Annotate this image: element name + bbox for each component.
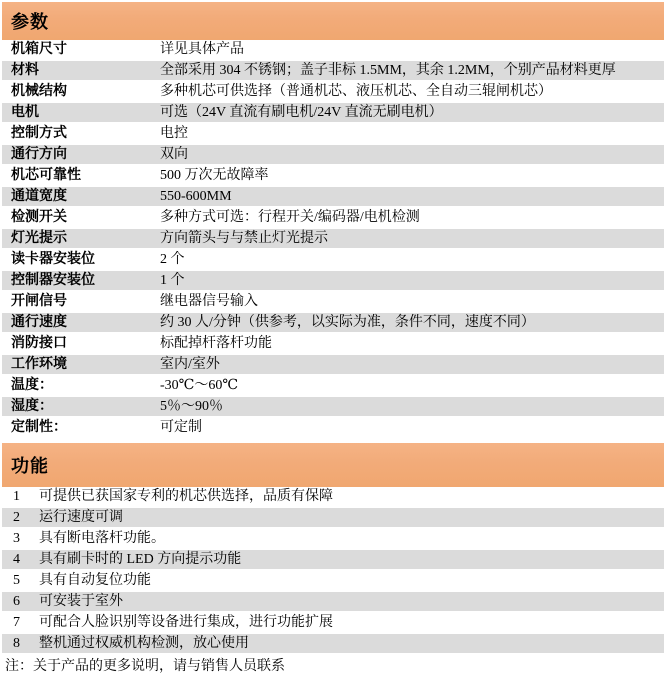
spec-value: 详见具体产品 xyxy=(160,40,664,59)
feature-text: 可配合人脸识别等设备进行集成，进行功能扩展 xyxy=(39,613,664,632)
spec-value: 5％～90％ xyxy=(160,397,664,416)
feature-text: 可提供已获国家专利的机芯供选择，品质有保障 xyxy=(39,487,664,506)
feature-text: 可安装于室外 xyxy=(39,592,664,611)
table-row: 消防接口标配掉杆落杆功能 xyxy=(2,334,664,355)
table-row: 定制性：可定制 xyxy=(2,418,664,439)
spec-value: 可选（24V 直流有刷电机/24V 直流无刷电机） xyxy=(160,103,664,122)
feature-number: 7 xyxy=(2,613,39,632)
table-row: 机箱尺寸详见具体产品 xyxy=(2,40,664,61)
feature-number: 2 xyxy=(2,508,39,527)
spec-value: 继电器信号输入 xyxy=(160,292,664,311)
table-row: 通行速度约 30 人/分钟（供参考，以实际为准，条件不同，速度不同） xyxy=(2,313,664,334)
table-row: 机芯可靠性500 万次无故障率 xyxy=(2,166,664,187)
table-row: 通行方向双向 xyxy=(2,145,664,166)
spec-value: 2 个 xyxy=(160,250,664,269)
spec-label: 定制性： xyxy=(2,418,160,437)
table-row: 读卡器安装位2 个 xyxy=(2,250,664,271)
spec-value: 多种机芯可供选择（普通机芯、液压机芯、全自动三辊闸机芯） xyxy=(160,82,664,101)
table-row: 电机可选（24V 直流有刷电机/24V 直流无刷电机） xyxy=(2,103,664,124)
table-row: 工作环境室内/室外 xyxy=(2,355,664,376)
spec-value: -30℃～60℃ xyxy=(160,376,664,395)
spec-label: 工作环境 xyxy=(2,355,160,374)
table-row: 控制方式电控 xyxy=(2,124,664,145)
spec-value: 多种方式可选：行程开关/编码器/电机检测 xyxy=(160,208,664,227)
spec-value: 550-600MM xyxy=(160,187,664,206)
features-section-header: 功能 xyxy=(2,443,664,487)
feature-number: 6 xyxy=(2,592,39,611)
feature-text: 具有断电落杆功能。 xyxy=(39,529,664,548)
spec-value: 方向箭头与与禁止灯光提示 xyxy=(160,229,664,248)
spec-label: 机箱尺寸 xyxy=(2,40,160,59)
feature-number: 3 xyxy=(2,529,39,548)
spec-value: 500 万次无故障率 xyxy=(160,166,664,185)
feature-number: 4 xyxy=(2,550,39,569)
spec-label: 温度： xyxy=(2,376,160,395)
list-item: 8整机通过权威机构检测，放心使用 xyxy=(2,634,664,655)
table-row: 通道宽度550-600MM xyxy=(2,187,664,208)
spec-label: 读卡器安装位 xyxy=(2,250,160,269)
params-section-header: 参数 xyxy=(2,2,664,40)
list-item: 2运行速度可调 xyxy=(2,508,664,529)
spec-label: 湿度： xyxy=(2,397,160,416)
features-table: 1可提供已获国家专利的机芯供选择，品质有保障 2运行速度可调 3具有断电落杆功能… xyxy=(2,487,664,655)
params-table: 机箱尺寸详见具体产品 材料全部采用 304 不锈钢；盖子非标 1.5MM，其余 … xyxy=(2,40,664,439)
spec-sheet: 参数 机箱尺寸详见具体产品 材料全部采用 304 不锈钢；盖子非标 1.5MM，… xyxy=(0,0,666,675)
spec-value: 全部采用 304 不锈钢；盖子非标 1.5MM，其余 1.2MM，个别产品材料更… xyxy=(160,61,664,80)
spec-value: 标配掉杆落杆功能 xyxy=(160,334,664,353)
spec-label: 通道宽度 xyxy=(2,187,160,206)
feature-number: 1 xyxy=(2,487,39,506)
spec-value: 室内/室外 xyxy=(160,355,664,374)
spec-value: 电控 xyxy=(160,124,664,143)
spec-label: 通行速度 xyxy=(2,313,160,332)
list-item: 4具有刷卡时的 LED 方向提示功能 xyxy=(2,550,664,571)
list-item: 3具有断电落杆功能。 xyxy=(2,529,664,550)
spec-value: 约 30 人/分钟（供参考，以实际为准，条件不同，速度不同） xyxy=(160,313,664,332)
table-row: 开闸信号继电器信号输入 xyxy=(2,292,664,313)
table-row: 材料全部采用 304 不锈钢；盖子非标 1.5MM，其余 1.2MM，个别产品材… xyxy=(2,61,664,82)
spec-label: 机芯可靠性 xyxy=(2,166,160,185)
table-row: 温度：-30℃～60℃ xyxy=(2,376,664,397)
spec-label: 控制器安装位 xyxy=(2,271,160,290)
spec-value: 可定制 xyxy=(160,418,664,437)
spec-label: 机械结构 xyxy=(2,82,160,101)
spec-label: 控制方式 xyxy=(2,124,160,143)
table-row: 机械结构多种机芯可供选择（普通机芯、液压机芯、全自动三辊闸机芯） xyxy=(2,82,664,103)
spec-label: 开闸信号 xyxy=(2,292,160,311)
spec-label: 灯光提示 xyxy=(2,229,160,248)
list-item: 1可提供已获国家专利的机芯供选择，品质有保障 xyxy=(2,487,664,508)
params-section-title: 参数 xyxy=(11,8,49,34)
feature-text: 具有自动复位功能 xyxy=(39,571,664,590)
list-item: 7可配合人脸识别等设备进行集成，进行功能扩展 xyxy=(2,613,664,634)
feature-text: 整机通过权威机构检测，放心使用 xyxy=(39,634,664,653)
footnote: 注：关于产品的更多说明，请与销售人员联系 xyxy=(2,655,664,675)
spec-label: 材料 xyxy=(2,61,160,80)
table-row: 检测开关多种方式可选：行程开关/编码器/电机检测 xyxy=(2,208,664,229)
spec-value: 1 个 xyxy=(160,271,664,290)
spec-label: 电机 xyxy=(2,103,160,122)
list-item: 5具有自动复位功能 xyxy=(2,571,664,592)
table-row: 控制器安装位1 个 xyxy=(2,271,664,292)
feature-number: 5 xyxy=(2,571,39,590)
table-row: 灯光提示方向箭头与与禁止灯光提示 xyxy=(2,229,664,250)
spec-label: 检测开关 xyxy=(2,208,160,227)
list-item: 6可安装于室外 xyxy=(2,592,664,613)
spec-value: 双向 xyxy=(160,145,664,164)
spec-label: 消防接口 xyxy=(2,334,160,353)
spec-label: 通行方向 xyxy=(2,145,160,164)
table-row: 湿度：5％～90％ xyxy=(2,397,664,418)
feature-text: 具有刷卡时的 LED 方向提示功能 xyxy=(39,550,664,569)
feature-text: 运行速度可调 xyxy=(39,508,664,527)
feature-number: 8 xyxy=(2,634,39,653)
features-section-title: 功能 xyxy=(11,452,49,478)
